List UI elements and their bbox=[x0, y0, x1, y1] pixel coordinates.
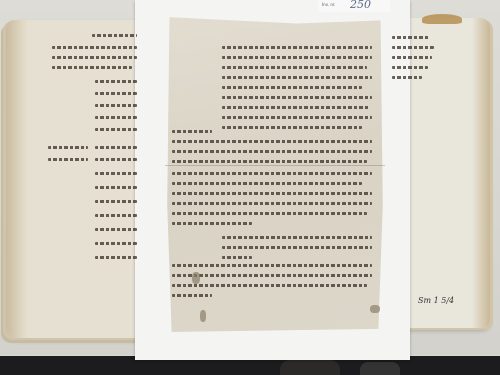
foliation-note: Sm 1 5/4 bbox=[418, 296, 454, 305]
ink-blot bbox=[370, 305, 380, 313]
fold-crease bbox=[165, 165, 385, 166]
floor-object bbox=[280, 360, 340, 375]
water-stain bbox=[422, 14, 462, 24]
inventory-label-caption: Inv. nr. bbox=[322, 2, 335, 7]
ink-blot bbox=[192, 272, 200, 284]
ink-blot bbox=[200, 310, 206, 322]
inventory-number: 250 bbox=[350, 0, 371, 11]
page-edges bbox=[6, 20, 28, 338]
floor-object bbox=[360, 362, 400, 375]
page-edges bbox=[472, 18, 490, 328]
